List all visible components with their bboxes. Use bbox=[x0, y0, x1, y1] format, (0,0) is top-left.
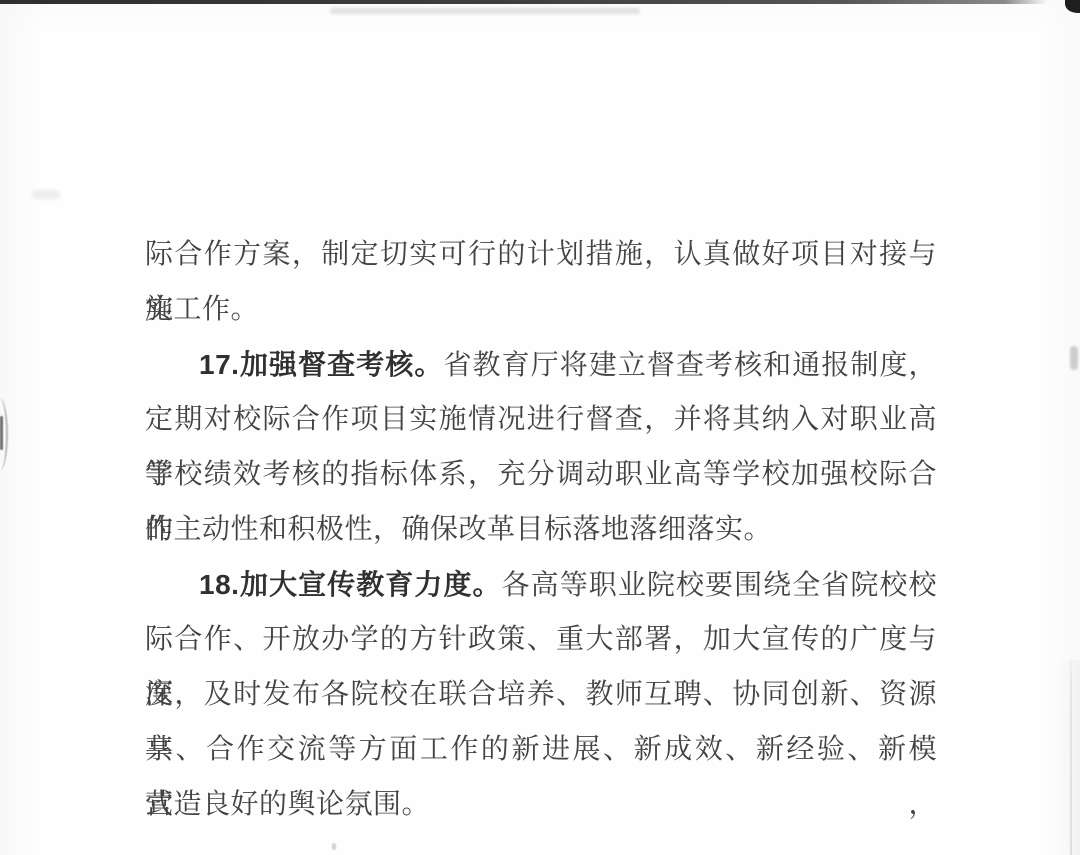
scan-smudge-left bbox=[32, 190, 60, 199]
text-line: 享、合作交流等方面工作的新进展、新成效、新经验、新模式， bbox=[145, 722, 937, 777]
text-line: 施工作。 bbox=[145, 282, 937, 337]
text-line: 17.加强督查考核。省教育厅将建立督查考核和通报制度， bbox=[145, 337, 937, 392]
paragraph-text-segment: 的主动性和积极性，确保改革目标落地落细落实。 bbox=[145, 514, 772, 545]
text-line: 18.加大宣传教育力度。各高等职业院校要围绕全省院校校 bbox=[145, 557, 937, 612]
text-line: 度，及时发布各院校在联合培养、教师互聘、协同创新、资源共 bbox=[145, 667, 937, 722]
scan-edge-line-right bbox=[1070, 652, 1072, 855]
text-line: 定期对校际合作项目实施情况进行督查，并将其纳入对职业高等 bbox=[145, 392, 937, 447]
paragraph-heading-segment: 17.加强督查考核。 bbox=[199, 349, 443, 380]
text-line: 学校绩效考核的指标体系，充分调动职业高等学校加强校际合作 bbox=[145, 447, 937, 502]
scanned-document-page: 际合作方案，制定切实可行的计划措施，认真做好项目对接与实施工作。17.加强督查考… bbox=[0, 0, 1080, 855]
paragraph-text-segment: 营造良好的舆论氛围。 bbox=[145, 789, 430, 820]
paragraph-text-segment: 施工作。 bbox=[145, 294, 259, 325]
text-line: 际合作方案，制定切实可行的计划措施，认真做好项目对接与实 bbox=[145, 227, 937, 282]
text-line: 的主动性和积极性，确保改革目标落地落细落实。 bbox=[145, 502, 937, 557]
document-body: 际合作方案，制定切实可行的计划措施，认真做好项目对接与实施工作。17.加强督查考… bbox=[145, 227, 937, 832]
paragraph-heading-segment: 18.加大宣传教育力度。 bbox=[199, 569, 502, 600]
paragraph-text-segment: 各高等职业院校要围绕全省院校校 bbox=[502, 570, 937, 601]
text-line: 际合作、开放办学的方针政策、重大部署，加大宣传的广度与深 bbox=[145, 612, 937, 667]
paragraph-text-segment: 省教育厅将建立督查考核和通报制度， bbox=[443, 350, 937, 381]
scan-shadow-right bbox=[1058, 660, 1080, 855]
scan-mark-left-dash bbox=[0, 416, 3, 450]
scan-smudge-right bbox=[1070, 346, 1078, 370]
scan-smudge-top bbox=[330, 8, 640, 14]
scan-edge-line-top bbox=[0, 0, 1080, 4]
scan-corner-artifact bbox=[1065, 0, 1080, 13]
scan-dot-bottom bbox=[332, 843, 336, 850]
